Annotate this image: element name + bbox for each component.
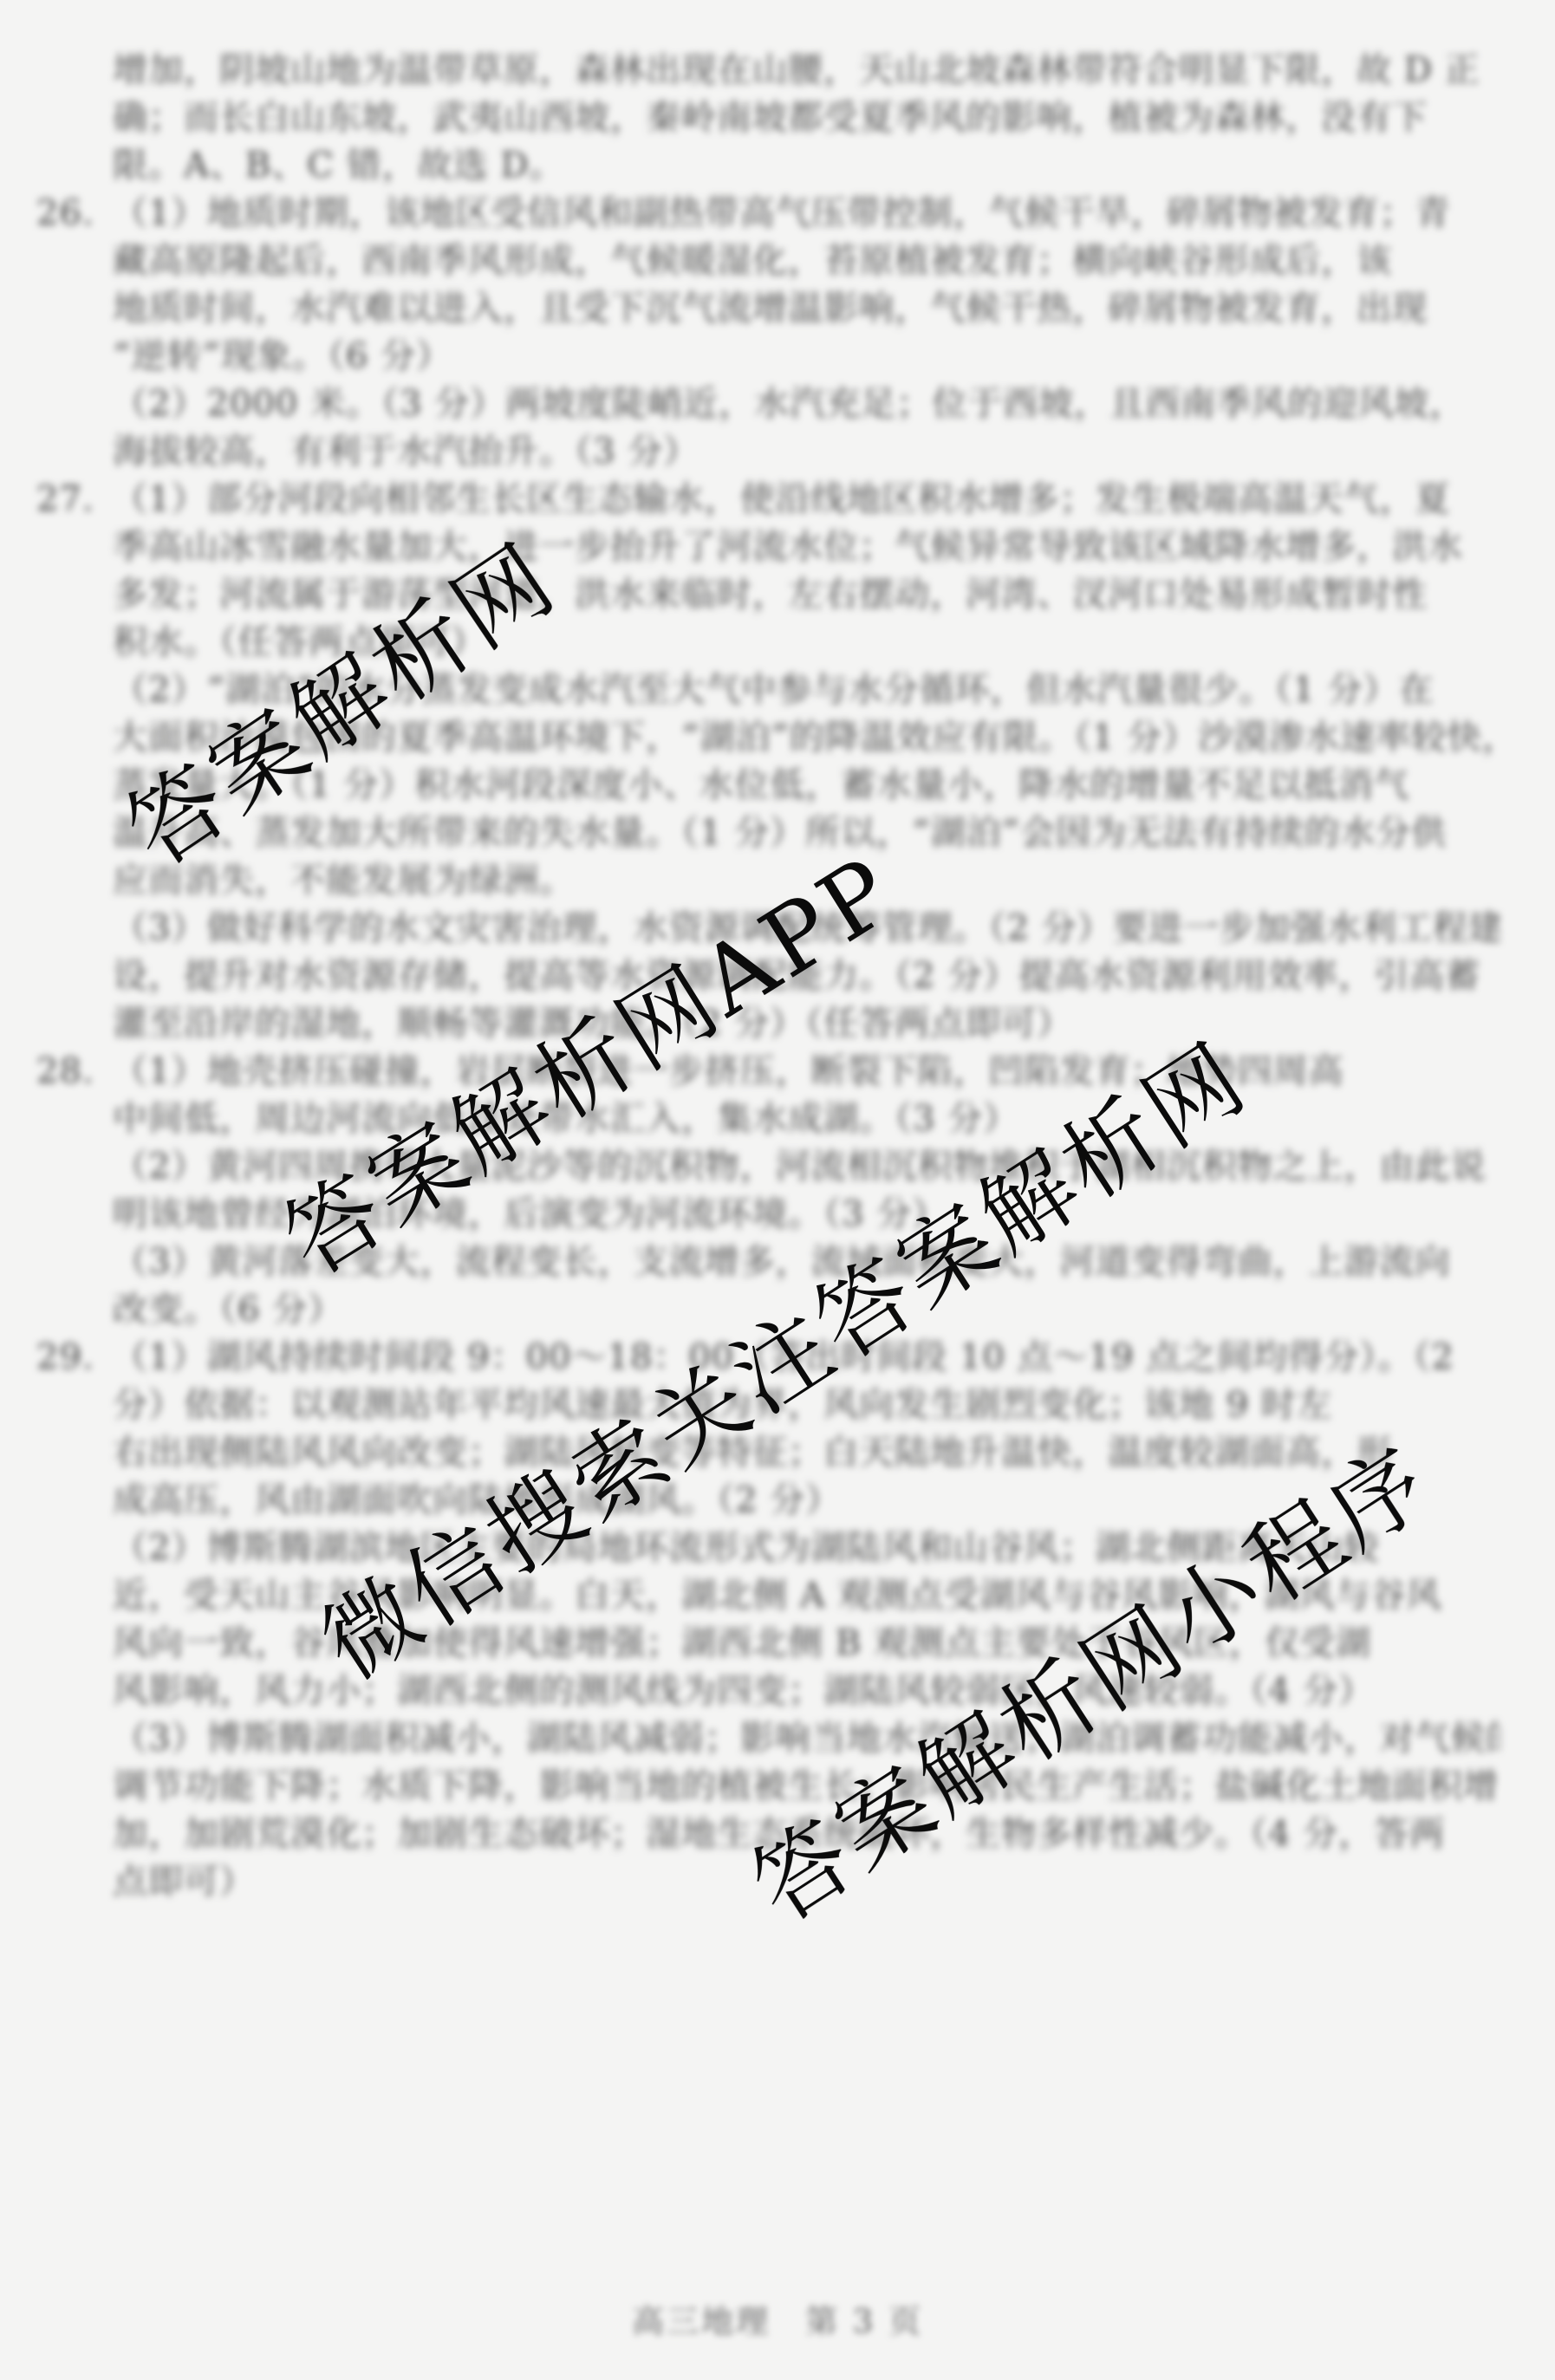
- answer-line: 多发；河流属于游荡型河道，洪水来临时，左右摆动，河湾、汊河口处易形成暂时性: [113, 571, 1500, 619]
- question-number: 29.: [36, 1334, 106, 1382]
- answer-line: 成高压，风由湖面吹向陆地形成湖风。（2 分）: [113, 1477, 1500, 1525]
- answer-line: 点即可）: [113, 1858, 1500, 1906]
- answer-line: （2）黄河四周携带大量泥沙等的沉积物，河流相沉积物堆积于湖相沉积物之上，由此说: [113, 1143, 1500, 1191]
- answer-line: 蒸发量大。（1 分）积水河段深度小、水位低，蓄水量小，降水的增量不足以抵消气: [113, 762, 1500, 810]
- answer-line: 灌至沿岸的湿地，顺畅等灌溉功能。（2 分）（任答两点即可）: [113, 1000, 1500, 1048]
- answer-line: 加，加剧荒漠化；加剧生态破坏；湿地生态系统破坏，生物多样性减少。（4 分，答两: [113, 1811, 1500, 1858]
- answer-line: 明该地曾经为湖泊环境，后演变为河流环境。（3 分）: [113, 1191, 1500, 1239]
- answer-line: 近，受天山主谷风影响明显。白天，湖北侧 A 观测点受湖风与谷风影响，湖风与谷风: [113, 1572, 1500, 1620]
- answer-line: （1）地壳挤压碰撞，岩层断裂进一步挤压，断裂下陷，凹陷发育；地势四周高: [113, 1048, 1500, 1096]
- answer-line: （1）湖风持续时间段 9：00～18：00（答出时间段 10 点～19 点之间均…: [113, 1334, 1500, 1382]
- answer-line: 确；而长白山东坡，武夷山西坡，秦岭南坡都受夏季风的影响，植被为森林，没有下: [113, 94, 1500, 142]
- answer-line: 右出现侧陆风风向改变；湖陆风转变等特征；白天陆地升温快，温度较湖面高，形: [113, 1429, 1500, 1477]
- answer-line: 设，提升对水资源存储，提高等水资源调配能力。（2 分）提高水资源利用效率，引高蓄: [113, 953, 1500, 1000]
- answer-line: （3）做好科学的水文灾害治理，水资源调配统筹管理。（2 分）要进一步加强水利工程…: [113, 905, 1500, 953]
- page-footer: 高三地理 第 3 页: [0, 2295, 1555, 2342]
- answer-line: （3）博斯腾湖面积减小，湖陆风减弱；影响当地水汽输送；湖泊调蓄功能减小，对气候的: [113, 1715, 1500, 1763]
- answer-line: 分）依据：以观测站年平均风速最大值为界，风向发生剧烈变化；该地 9 时左: [113, 1382, 1500, 1429]
- answer-line: （2）博斯腾湖滨地区主要的局地环流形式为湖陆风和山谷风；湖北侧距离天山较: [113, 1525, 1500, 1572]
- answer-line: 限。A、B、C 错，故选 D。: [113, 142, 1500, 190]
- answer-line: 风影响，风力小；湖西北侧的测风线为四变；湖陆风较弱区，风速较弱。（4 分）: [113, 1668, 1500, 1715]
- answer-line: 海拔较高，有利于水汽抬升。（3 分）: [113, 428, 1500, 476]
- document-page: 增加，阴坡山地为温带草原，森林出现在山腰，天山北坡森林带符合明显下限，故 D 正…: [0, 0, 1555, 2380]
- answer-line: （3）黄河落差变大，流程变长，支流增多，流域面积变大，河道变得弯曲，上游流向: [113, 1239, 1500, 1286]
- answer-block: 28.（1）地壳挤压碰撞，岩层断裂进一步挤压，断裂下陷，凹陷发育；地势四周高中间…: [113, 1048, 1500, 1334]
- answer-line: 地质时间，水汽难以进入，且受下沉气流增温影响，气候干热，碎屑物被发育，出现: [113, 285, 1500, 333]
- answer-line: 季高山冰雪融水量加大，进一步抬升了河流水位；气候异常导致该区域降水增多，洪水: [113, 523, 1500, 571]
- answer-line: 调节功能下降；水质下降，影响当地的植被生长；影响居民生产生活；盐碱化土地面积增: [113, 1763, 1500, 1811]
- question-number: 28.: [36, 1048, 106, 1096]
- answer-block: 27.（1）部分河段向相邻生长区生态输水，使沿线地区积水增多；发生极端高温天气，…: [113, 476, 1500, 1048]
- answer-block: 增加，阴坡山地为温带草原，森林出现在山腰，天山北坡森林带符合明显下限，故 D 正…: [113, 47, 1500, 190]
- answer-sheet-body: 增加，阴坡山地为温带草原，森林出现在山腰，天山北坡森林带符合明显下限，故 D 正…: [113, 47, 1500, 1906]
- answer-block: 29.（1）湖风持续时间段 9：00～18：00（答出时间段 10 点～19 点…: [113, 1334, 1500, 1906]
- question-number: 26.: [36, 190, 106, 237]
- answer-line: “逆转”现象。（6 分）: [113, 333, 1500, 380]
- answer-line: （1）地质时期，该地区受信风和副热带高气压带控制，气候干旱，碎屑物被发育；青: [113, 190, 1500, 237]
- answer-line: 应而消失，不能发展为绿洲。: [113, 857, 1500, 905]
- answer-line: 积水。（任答两点即可）: [113, 619, 1500, 667]
- answer-line: 温升高、蒸发加大所带来的失水量。（1 分）所以，“湖泊”会因为无法有持续的水分供: [113, 810, 1500, 857]
- answer-line: 改变。（6 分）: [113, 1286, 1500, 1334]
- answer-line: 大面积沙漠包围的夏季高温环境下，“湖泊”的降温效应有限。（1 分）沙漠渗水速率较…: [113, 714, 1500, 762]
- answer-line: 中间低，周边河流向低洼处带水汇入，集水成湖。（3 分）: [113, 1096, 1500, 1143]
- question-number: 27.: [36, 476, 106, 523]
- answer-line: 藏高原隆起后，西南季风形成，气候暖湿化，苔原植被发育；横向峡谷形成后，该: [113, 237, 1500, 285]
- answer-line: （2）“湖泊”的水分蒸发变成水汽至大气中参与水分循环，但水汽量很少。（1 分）在: [113, 667, 1500, 714]
- answer-line: （1）部分河段向相邻生长区生态输水，使沿线地区积水增多；发生极端高温天气，夏: [113, 476, 1500, 523]
- answer-line: 增加，阴坡山地为温带草原，森林出现在山腰，天山北坡森林带符合明显下限，故 D 正: [113, 47, 1500, 94]
- answer-line: （2）2000 米。（3 分）两坡度陡峭近，水汽充足；位于西坡，且西南季风的迎风…: [113, 380, 1500, 428]
- answer-line: 风向一致，谷风叠加使得风速增强；湖西北侧 B 观测点主要处于谷风区，仅受湖: [113, 1620, 1500, 1668]
- answer-block: 26.（1）地质时期，该地区受信风和副热带高气压带控制，气候干旱，碎屑物被发育；…: [113, 190, 1500, 476]
